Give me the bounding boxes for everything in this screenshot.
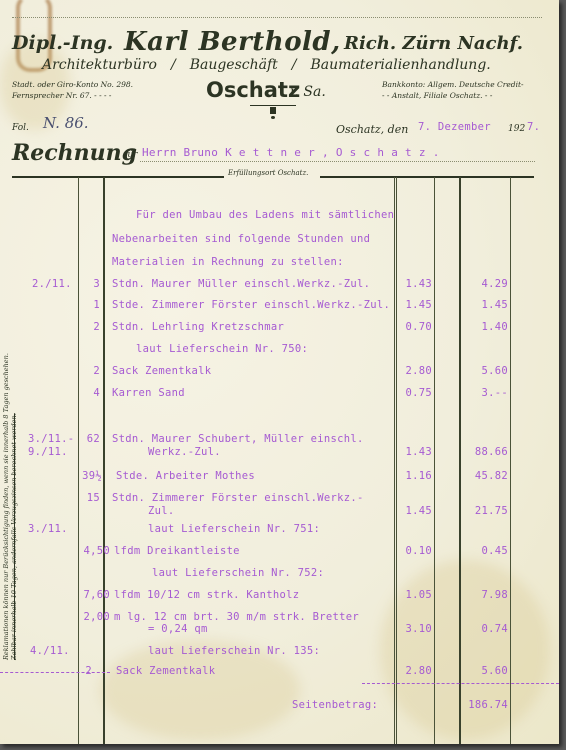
row-price: 1.05: [396, 589, 432, 601]
delivery-note-heading: laut Lieferschein Nr. 751:: [148, 523, 320, 535]
intro-line-3: Materialien in Rechnung zu stellen:: [112, 256, 344, 268]
invoice-title: Rechnung: [12, 140, 137, 166]
year-suffix: 7.: [527, 121, 540, 133]
giro-account: Stadt. oder Giro-Konto No. 298.: [12, 80, 133, 89]
delivery-note-heading: laut Lieferschein Nr. 752:: [152, 567, 324, 579]
separator: /: [292, 57, 297, 73]
side-note-line-1: Reklamationen können nur Berücksichtigun…: [2, 260, 10, 660]
row-qty: 7,60: [80, 589, 110, 601]
row-qty: 39½: [80, 470, 102, 482]
ornament-dot: [271, 116, 275, 119]
service-architecture: Architekturbüro: [42, 57, 157, 73]
row-qty: 2: [80, 665, 92, 677]
row-desc: Sack Zementkalk: [112, 365, 211, 377]
row-desc: Sack Zementkalk: [116, 665, 215, 677]
row-date: 4./11.: [30, 645, 70, 657]
row-price: 1.16: [396, 470, 432, 482]
ornament-block: [270, 107, 276, 114]
row-qty: 2,00: [80, 611, 110, 623]
row-qty: 2: [80, 321, 100, 333]
folio-label: Fol.: [12, 123, 29, 133]
row-price: 1.45: [396, 299, 432, 311]
side-note-line-2: Zahlbar innerhalb 10 Tagen, andernfalls …: [10, 260, 18, 660]
dashed-line: [0, 672, 110, 673]
row-date-end: 9./11.: [28, 446, 68, 458]
row-qty: 2: [80, 365, 100, 377]
column-divider: [434, 177, 435, 744]
row-desc: lfdm Dreikantleiste: [114, 545, 240, 557]
recipient-underline: [140, 161, 535, 162]
column-divider: [78, 177, 79, 744]
delivery-note-heading: laut Lieferschein Nr. 135:: [148, 645, 320, 657]
side-note: Reklamationen können nur Berücksichtigun…: [2, 260, 18, 660]
row-total: 5.60: [462, 365, 508, 377]
row-price: 1.45: [396, 505, 432, 517]
intro-line-2: Nebenarbeiten sind folgende Stunden und: [112, 233, 370, 245]
header-rule-left: [12, 176, 224, 178]
delivery-note-heading: laut Lieferschein Nr. 750:: [136, 343, 308, 355]
row-date: 3./11.: [28, 523, 68, 535]
invoice-date: 7. Dezember: [418, 121, 491, 133]
row-total: 5.60: [462, 665, 508, 677]
row-desc-continued: Werkz.-Zul.: [148, 446, 221, 458]
folio-value: N. 86.: [43, 114, 89, 132]
column-divider: [394, 177, 395, 744]
row-qty: 1: [80, 299, 100, 311]
top-rule: [12, 17, 542, 18]
bank-line-2: - - Anstalt, Filiale Oschatz. - -: [382, 91, 492, 100]
row-desc: m lg. 12 cm brt. 30 m/m strk. Bretter: [114, 611, 359, 623]
row-qty: 4: [80, 387, 100, 399]
row-total: 21.75: [462, 505, 508, 517]
row-price: 1.43: [396, 446, 432, 458]
services-line: Architekturbüro / Baugeschäft / Baumater…: [42, 57, 491, 73]
intro-line-1: Für den Umbau des Ladens mit sämtlichen: [136, 209, 394, 221]
row-desc: Stde. Arbeiter Mothes: [116, 470, 255, 482]
bank-line-1: Bankkonto: Allgem. Deutsche Credit-: [382, 80, 524, 89]
column-divider: [459, 177, 461, 744]
row-desc: Stdn. Zimmerer Förster einschl.Werkz.-: [112, 492, 364, 504]
subtotal-separator: [362, 683, 559, 684]
for-label: für: [124, 150, 137, 160]
invoice-page: Dipl.-Ing. Karl Berthold, Rich. Zürn Nac…: [0, 0, 559, 744]
subtotal-label: Seitenbetrag:: [292, 699, 378, 711]
row-qty: 15: [80, 492, 100, 504]
phone-number: Fernsprecher Nr. 67. - - - -: [12, 91, 111, 100]
city-suffix: i. Sa.: [290, 84, 326, 100]
letterhead-prefix: Dipl.-Ing.: [12, 32, 113, 54]
row-qty: 3: [80, 278, 100, 290]
stain: [380, 560, 550, 740]
row-price: 1.43: [396, 278, 432, 290]
place-date-prefix: Oschatz, den: [336, 123, 408, 136]
row-qty: 62: [80, 433, 100, 445]
row-date: 3./11.-: [28, 433, 74, 445]
row-total: 4.29: [462, 278, 508, 290]
row-total: 1.45: [462, 299, 508, 311]
year-prefix: 192: [508, 124, 525, 134]
column-divider: [510, 177, 511, 744]
row-total: 88.66: [462, 446, 508, 458]
row-total: 45.82: [462, 470, 508, 482]
row-desc: Stdn. Maurer Schubert, Müller einschl.: [112, 433, 364, 445]
header-rule-right: [320, 176, 534, 178]
city-name: Oschatz: [206, 78, 300, 102]
service-materials: Baumaterialienhandlung.: [311, 57, 491, 73]
row-price: 0.75: [396, 387, 432, 399]
row-price: 2.80: [396, 665, 432, 677]
place-of-fulfillment: Erfüllungsort Oschatz.: [228, 169, 308, 177]
column-divider: [396, 177, 397, 744]
row-total: 7.98: [462, 589, 508, 601]
recipient: Herrn Bruno K e t t n e r , O s c h a t …: [142, 146, 440, 159]
row-desc: lfdm 10/12 cm strk. Kantholz: [114, 589, 299, 601]
ornament-rule: [250, 105, 296, 106]
row-desc: Karren Sand: [112, 387, 185, 399]
row-desc-continued: = 0,24 qm: [148, 623, 208, 635]
row-desc: Stdn. Lehrling Kretzschmar: [112, 321, 284, 333]
subtotal-value: 186.74: [462, 699, 508, 711]
row-desc: Stdn. Maurer Müller einschl.Werkz.-Zul.: [112, 278, 370, 290]
row-total: 1.40: [462, 321, 508, 333]
row-total: 3.--: [462, 387, 508, 399]
column-divider: [103, 177, 105, 744]
row-price: 3.10: [396, 623, 432, 635]
row-price: 2.80: [396, 365, 432, 377]
row-total: 0.74: [462, 623, 508, 635]
successor-name: Rich. Zürn Nachf.: [344, 33, 523, 54]
service-construction: Baugeschäft: [190, 57, 278, 73]
separator: /: [171, 57, 176, 73]
row-desc-continued: Zul.: [148, 505, 175, 517]
row-qty: 4,50: [80, 545, 110, 557]
company-name: Karl Berthold,: [124, 27, 341, 57]
row-desc: Stde. Zimmerer Förster einschl.Werkz.-Zu…: [112, 299, 390, 311]
row-price: 0.10: [396, 545, 432, 557]
row-date: 2./11.: [32, 278, 72, 290]
row-price: 0.70: [396, 321, 432, 333]
row-total: 0.45: [462, 545, 508, 557]
